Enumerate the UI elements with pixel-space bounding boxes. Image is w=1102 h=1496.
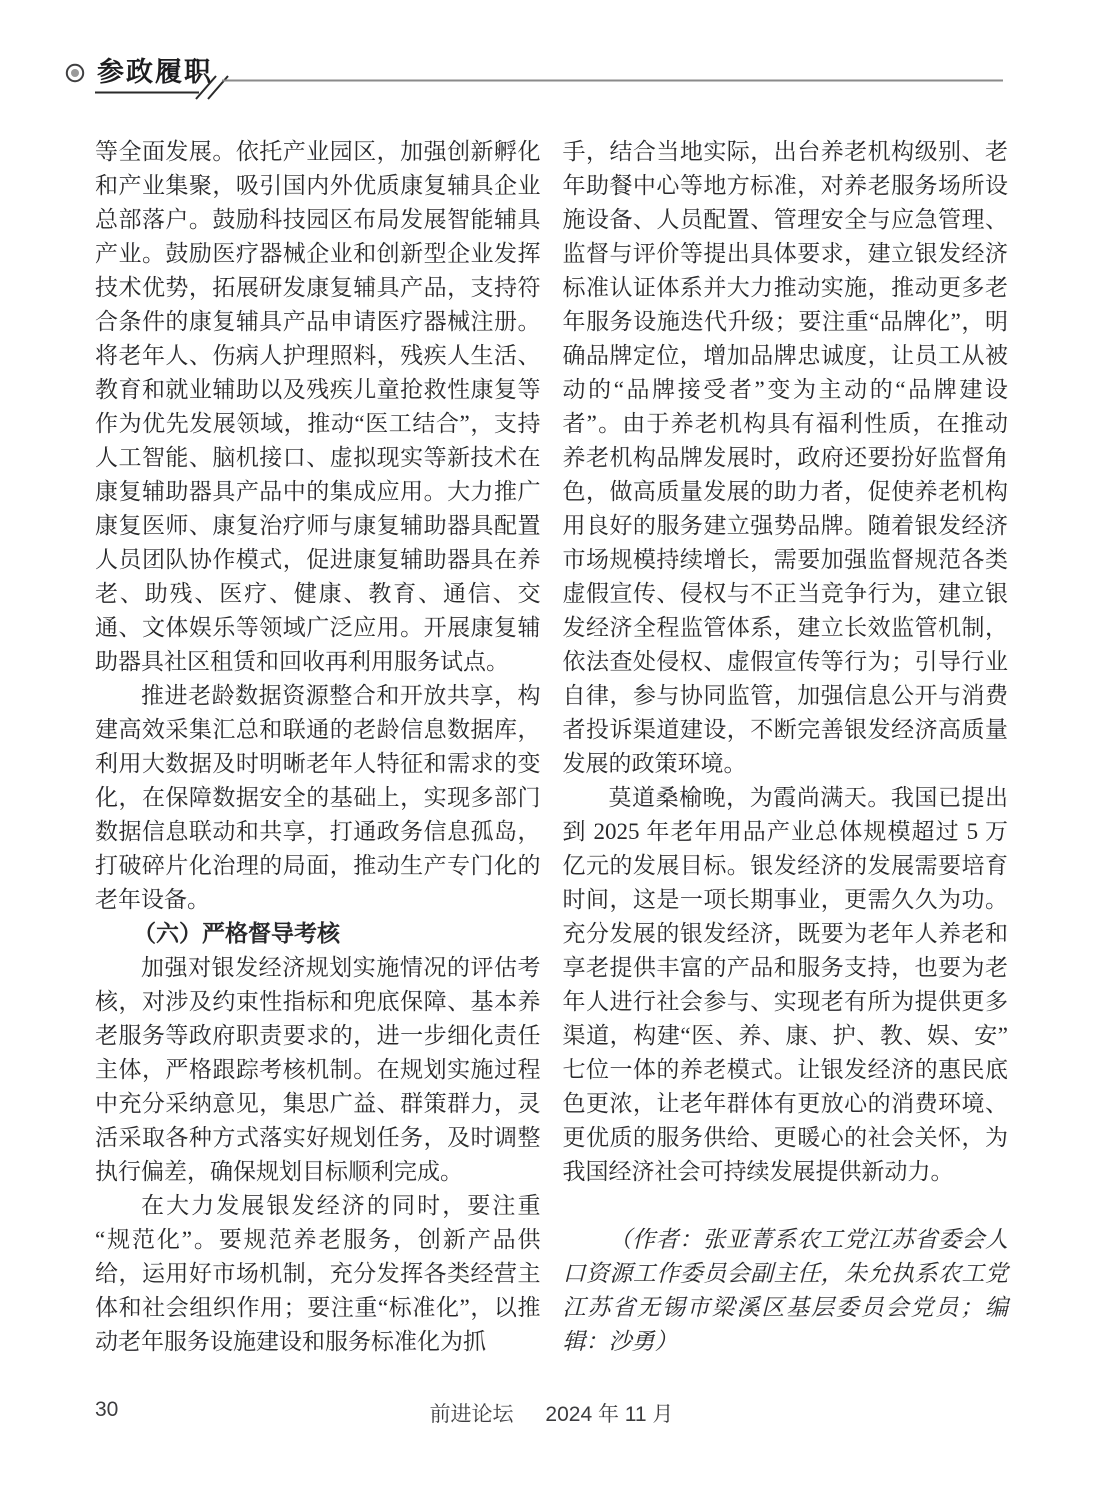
article-body: 等全面发展。依托产业园区，加强创新孵化和产业集聚，吸引国内外优质康复辅具企业总部… bbox=[95, 135, 1008, 1359]
paragraph: 手，结合当地实际，出台养老机构级别、老年助餐中心等地方标准，对养老服务场所设施设… bbox=[563, 135, 1009, 781]
author-note: （作者：张亚菁系农工党江苏省委会人口资源工作委员会副主任，朱允执系农工党江苏省无… bbox=[563, 1223, 1009, 1359]
journal-name: 前进论坛 bbox=[430, 1403, 514, 1426]
page-footer: 30 前进论坛 2024 年 11 月 bbox=[95, 1398, 1008, 1428]
header-rule bbox=[95, 74, 1007, 104]
section-heading: （六）严格督导考核 bbox=[95, 917, 541, 951]
left-column: 等全面发展。依托产业园区，加强创新孵化和产业集聚，吸引国内外优质康复辅具企业总部… bbox=[95, 135, 541, 1359]
right-column: 手，结合当地实际，出台养老机构级别、老年助餐中心等地方标准，对养老服务场所设施设… bbox=[563, 135, 1009, 1359]
bullseye-icon bbox=[64, 62, 86, 84]
paragraph: 等全面发展。依托产业园区，加强创新孵化和产业集聚，吸引国内外优质康复辅具企业总部… bbox=[95, 135, 541, 679]
paragraph: 莫道桑榆晚，为霞尚满天。我国已提出到 2025 年老年用品产业总体规模超过 5 … bbox=[563, 781, 1009, 1189]
paragraph: 推进老龄数据资源整合和开放共享，构建高效采集汇总和联通的老龄信息数据库，利用大数… bbox=[95, 679, 541, 917]
issue-date: 2024 年 11 月 bbox=[545, 1403, 673, 1426]
magazine-page: 参政履职 等全面发展。依托产业园区，加强创新孵化和产业集聚，吸引国内外优质康复辅… bbox=[0, 0, 1102, 1496]
journal-line: 前进论坛 2024 年 11 月 bbox=[95, 1398, 1008, 1428]
paragraph: 加强对银发经济规划实施情况的评估考核，对涉及约束性指标和兜底保障、基本养老服务等… bbox=[95, 951, 541, 1189]
paragraph: 在大力发展银发经济的同时，要注重“规范化”。要规范养老服务，创新产品供给，运用好… bbox=[95, 1189, 541, 1359]
